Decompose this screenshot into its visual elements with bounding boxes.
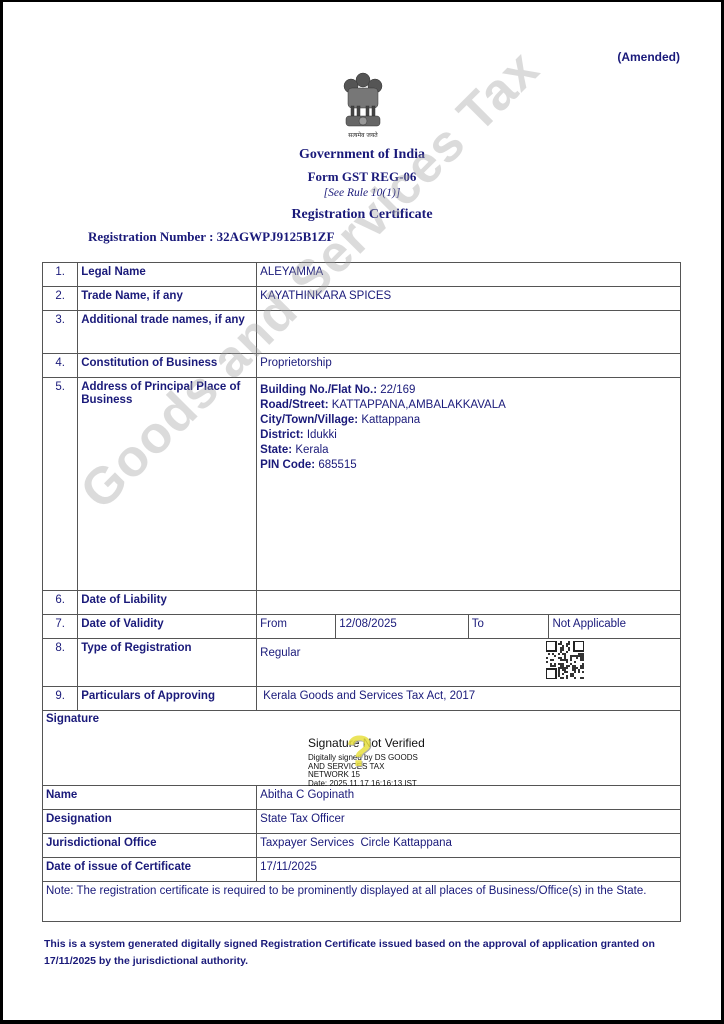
designation-value: State Tax Officer [257,810,681,834]
table-row: 7. Date of Validity From 12/08/2025 To N… [43,615,681,639]
table-row: 9. Particulars of Approving Kerala Goods… [43,687,681,711]
pin-code: 685515 [318,459,356,471]
table-row: 5. Address of Principal Place of Busines… [43,378,681,591]
row-number: 1. [43,263,78,287]
certificate-table: 1. Legal Name ALEYAMMA 2. Trade Name, if… [42,262,681,922]
signature-row: Signature ? Signature Not Verified Digit… [43,711,681,786]
additional-trade-names-label: Additional trade names, if any [78,311,257,354]
address-value: Building No./Flat No.: 22/169 Road/Stree… [257,378,681,591]
legal-name-value: ALEYAMMA [257,263,681,287]
jurisdictional-office-label: Jurisdictional Office [43,834,257,858]
rule-reference: [See Rule 10(1)] [0,187,724,199]
signature-cell: Signature ? Signature Not Verified Digit… [43,711,681,786]
table-row: 2. Trade Name, if any KAYATHINKARA SPICE… [43,287,681,311]
registration-type-cell: Regular [257,639,681,687]
row-number: 3. [43,311,78,354]
certificate-title: Registration Certificate [0,207,724,223]
date-of-liability-value [257,591,681,615]
table-row: 1. Legal Name ALEYAMMA [43,263,681,287]
form-heading: Form GST REG-06 [0,169,724,185]
designation-label: Designation [43,810,257,834]
registration-number-label: Registration Number : [88,229,213,244]
address-label: Address of Principal Place of Business [78,378,257,591]
trade-name-label: Trade Name, if any [78,287,257,311]
validity-to-value: Not Applicable [549,615,681,639]
national-emblem-icon: सत्यमेव जयते [340,70,386,142]
road-street: KATTAPPANA,AMBALAKKAVALA [332,399,506,411]
table-row: Date of issue of Certificate 17/11/2025 [43,858,681,882]
signature-date: Date: 2025.11.17 16:16:13 IST [308,780,425,789]
issue-date-label: Date of issue of Certificate [43,858,257,882]
officer-name-value: Abitha C Gopinath [257,786,681,810]
row-number: 9. [43,687,78,711]
registration-number-value: 32AGWPJ9125B1ZF [217,229,335,244]
city: Kattappana [361,414,420,426]
registration-type-value: Regular [260,647,300,659]
table-row: Designation State Tax Officer [43,810,681,834]
row-number: 8. [43,639,78,687]
amended-label: (Amended) [617,50,680,64]
date-of-validity-label: Date of Validity [78,615,257,639]
table-row: Jurisdictional Office Taxpayer Services … [43,834,681,858]
registration-type-label: Type of Registration [78,639,257,687]
constitution-value: Proprietorship [257,354,681,378]
row-number: 5. [43,378,78,591]
date-of-liability-label: Date of Liability [78,591,257,615]
row-number: 4. [43,354,78,378]
signature-unverified-icon: ? [346,745,373,758]
jurisdictional-office-value: Taxpayer Services Circle Kattappana [257,834,681,858]
building-number: 22/169 [380,384,415,396]
table-row: 6. Date of Liability [43,591,681,615]
legal-name-label: Legal Name [78,263,257,287]
district: Idukki [307,429,337,441]
display-note: Note: The registration certificate is re… [43,882,681,922]
trade-name-value: KAYATHINKARA SPICES [257,287,681,311]
additional-trade-names-value [257,311,681,354]
government-heading: Government of India [0,147,724,163]
issue-date-value: 17/11/2025 [257,858,681,882]
digital-signature-stamp[interactable]: ? Signature Not Verified Digitally signe… [308,737,425,788]
validity-from-label: From [257,615,336,639]
state: Kerala [295,444,328,456]
table-row: Name Abitha C Gopinath [43,786,681,810]
svg-text:सत्यमेव जयते: सत्यमेव जयते [348,131,378,139]
qr-code-icon [546,641,584,679]
row-number: 6. [43,591,78,615]
registration-number: Registration Number : 32AGWPJ9125B1ZF [88,229,334,245]
approving-particulars-label: Particulars of Approving [78,687,257,711]
table-row: 4. Constitution of Business Proprietorsh… [43,354,681,378]
officer-name-label: Name [43,786,257,810]
signature-label: Signature [46,713,677,726]
validity-to-label: To [468,615,549,639]
validity-from-value: 12/08/2025 [336,615,469,639]
table-row: 8. Type of Registration Regular [43,639,681,687]
row-number: 2. [43,287,78,311]
constitution-label: Constitution of Business [78,354,257,378]
system-generated-footer: This is a system generated digitally sig… [44,936,680,970]
note-row: Note: The registration certificate is re… [43,882,681,922]
table-row: 3. Additional trade names, if any [43,311,681,354]
row-number: 7. [43,615,78,639]
approving-particulars-value: Kerala Goods and Services Tax Act, 2017 [257,687,681,711]
